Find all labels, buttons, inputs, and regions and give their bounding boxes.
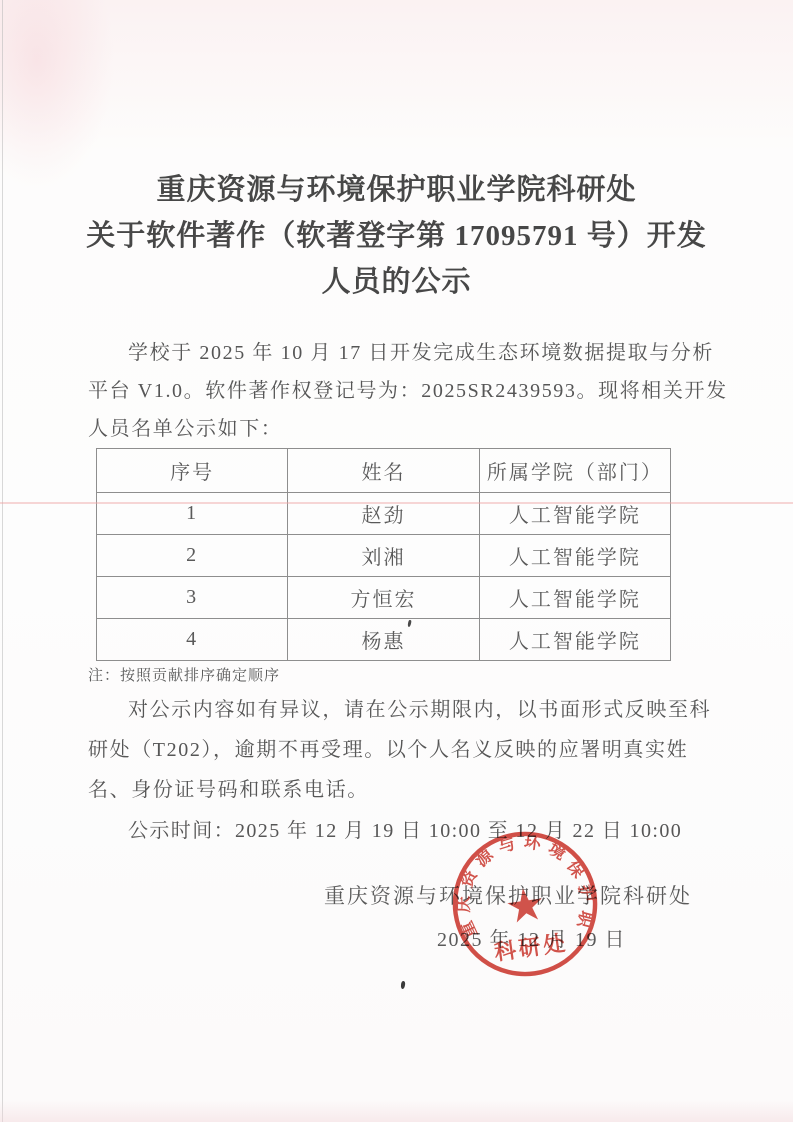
scan-speckle-artifact bbox=[400, 981, 405, 989]
cell-seq: 3 bbox=[97, 577, 288, 619]
table-row: 3 方恒宏 人工智能学院 bbox=[97, 577, 671, 619]
table-header-row: 序号 姓名 所属学院（部门） bbox=[97, 449, 671, 493]
cell-dept: 人工智能学院 bbox=[479, 577, 670, 619]
seal-center-label: 科研处 bbox=[493, 930, 570, 965]
document-body: 学校于 2025 年 10 月 17 日开发完成生态环境数据提取与分析 平台 V… bbox=[88, 334, 705, 851]
cell-seq: 2 bbox=[97, 535, 288, 577]
cell-name: 方恒宏 bbox=[288, 577, 479, 619]
col-header-dept: 所属学院（部门） bbox=[479, 449, 670, 493]
personnel-table: 序号 姓名 所属学院（部门） 1 赵劲 人工智能学院 2 刘湘 人工智能学院 3 bbox=[96, 448, 671, 661]
intro-line-3: 人员名单公示如下： bbox=[88, 410, 705, 448]
document-title-line-2: 关于软件著作（软著登字第 17095791 号）开发 bbox=[46, 213, 747, 259]
table-note: 注：按照贡献排序确定顺序 bbox=[88, 667, 705, 686]
scan-tint-top bbox=[0, 0, 793, 150]
seal-graphic: 重庆资源与环境保护职业学院 ★ 科研处 bbox=[451, 830, 599, 978]
scan-tint-bottom bbox=[0, 1100, 793, 1122]
document-page: 重庆资源与环境保护职业学院科研处 关于软件著作（软著登字第 17095791 号… bbox=[0, 0, 793, 1122]
intro-line-1: 学校于 2025 年 10 月 17 日开发完成生态环境数据提取与分析 bbox=[88, 334, 705, 372]
intro-line-2: 平台 V1.0。软件著作权登记号为：2025SR2439593。现将相关开发 bbox=[88, 372, 705, 410]
cell-name: 杨惠 bbox=[288, 619, 479, 661]
cell-name: 刘湘 bbox=[288, 535, 479, 577]
col-header-seq: 序号 bbox=[97, 449, 288, 493]
scan-line-artifact bbox=[0, 502, 793, 504]
table-row: 2 刘湘 人工智能学院 bbox=[97, 535, 671, 577]
official-seal: 重庆资源与环境保护职业学院 ★ 科研处 bbox=[451, 830, 599, 978]
objection-line-3: 名、身份证号码和联系电话。 bbox=[88, 770, 705, 810]
document-title-line-1: 重庆资源与环境保护职业学院科研处 bbox=[46, 167, 747, 213]
objection-paragraph: 对公示内容如有异议，请在公示期限内，以书面形式反映至科 研处（T202），逾期不… bbox=[88, 690, 705, 810]
cell-dept: 人工智能学院 bbox=[479, 535, 670, 577]
table-row: 1 赵劲 人工智能学院 bbox=[97, 493, 671, 535]
publicity-time: 公示时间：2025 年 12 月 19 日 10:00 至 12 月 22 日 … bbox=[88, 811, 705, 851]
cell-dept: 人工智能学院 bbox=[479, 493, 670, 535]
intro-paragraph: 学校于 2025 年 10 月 17 日开发完成生态环境数据提取与分析 平台 V… bbox=[88, 334, 705, 448]
cell-seq: 4 bbox=[97, 619, 288, 661]
objection-line-2: 研处（T202），逾期不再受理。以个人名义反映的应署明真实姓 bbox=[88, 730, 705, 770]
cell-name: 赵劲 bbox=[288, 493, 479, 535]
scan-edge-line bbox=[2, 0, 3, 1122]
cell-dept: 人工智能学院 bbox=[479, 619, 670, 661]
document-title: 重庆资源与环境保护职业学院科研处 关于软件著作（软著登字第 17095791 号… bbox=[46, 167, 747, 305]
table-row: 4 杨惠 人工智能学院 bbox=[97, 619, 671, 661]
col-header-name: 姓名 bbox=[288, 449, 479, 493]
objection-line-1: 对公示内容如有异议，请在公示期限内，以书面形式反映至科 bbox=[88, 690, 705, 730]
scan-tint-corner bbox=[0, 0, 115, 190]
cell-seq: 1 bbox=[97, 493, 288, 535]
star-icon: ★ bbox=[502, 878, 549, 933]
document-title-line-3: 人员的公示 bbox=[46, 259, 747, 305]
